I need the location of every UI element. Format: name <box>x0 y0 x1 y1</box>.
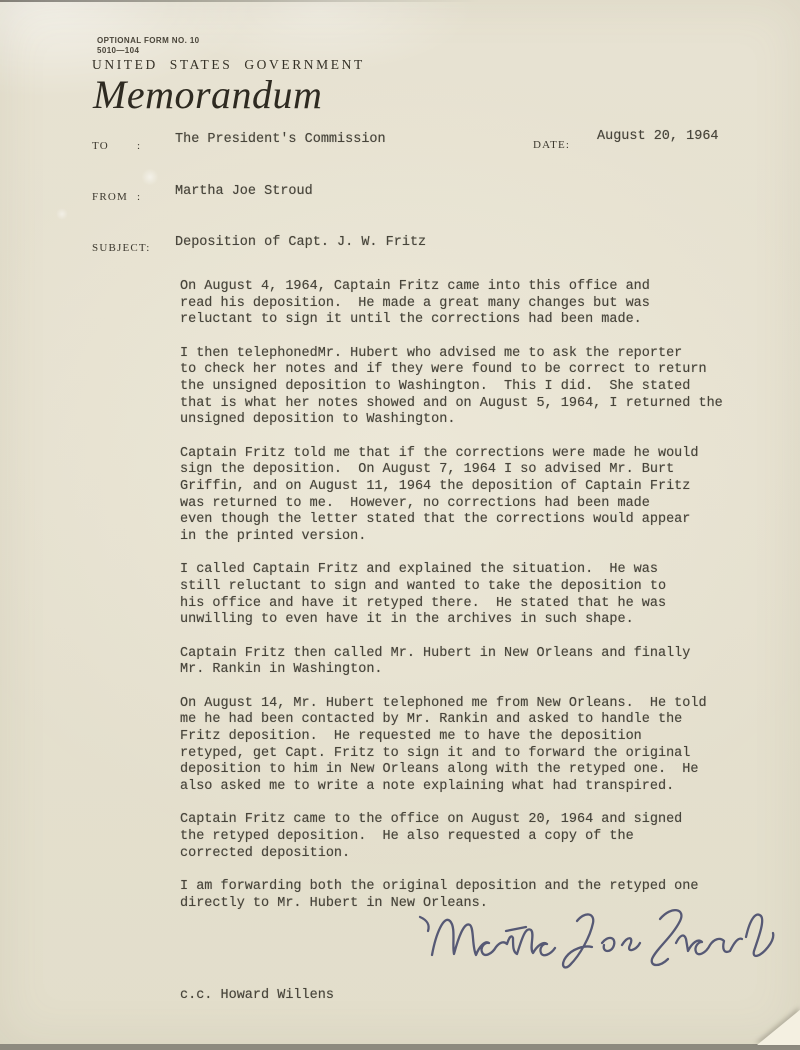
signature-stroke <box>602 938 614 951</box>
signature-stroke <box>676 936 742 955</box>
paragraph: On August 4, 1964, Captain Fritz came in… <box>180 279 765 329</box>
signature-stroke <box>506 927 526 931</box>
signature <box>414 893 780 983</box>
date-value: August 20, 1964 <box>597 129 719 144</box>
signature-stroke <box>432 920 555 955</box>
to-value: The President's Commission <box>175 132 386 147</box>
signature-stroke <box>622 938 640 950</box>
signature-stroke <box>563 914 593 967</box>
paragraph: Captain Fritz told me that if the correc… <box>180 446 765 546</box>
from-colon: : <box>137 191 141 203</box>
paragraph: Captain Fritz came to the office on Augu… <box>180 812 765 862</box>
signature-stroke <box>746 915 773 956</box>
paragraph: I then telephonedMr. Hubert who advised … <box>180 346 765 429</box>
signature-stroke <box>420 917 429 931</box>
subject-label: SUBJECT: <box>92 242 151 254</box>
dogear-fold <box>757 1009 800 1045</box>
cc-line: c.c. Howard Willens <box>180 988 334 1003</box>
subject-value: Deposition of Capt. J. W. Fritz <box>175 235 426 250</box>
memorandum-title: Memorandum <box>93 71 322 118</box>
from-label: FROM <box>92 191 128 203</box>
memo-body: On August 4, 1964, Captain Fritz came in… <box>180 279 765 929</box>
paper-top-edge-shadow <box>0 0 480 2</box>
paragraph: I called Captain Fritz and explained the… <box>180 562 765 628</box>
paragraph: On August 14, Mr. Hubert telephoned me f… <box>180 696 765 796</box>
paragraph: Captain Fritz then called Mr. Hubert in … <box>180 646 765 679</box>
form-number: OPTIONAL FORM NO. 10 <box>97 36 200 45</box>
signature-stroke <box>652 910 682 965</box>
memo-paper: OPTIONAL FORM NO. 10 5010—104 UNITED STA… <box>0 0 800 1044</box>
date-label: DATE: <box>533 139 570 151</box>
to-label: TO <box>92 140 109 152</box>
to-colon: : <box>137 140 141 152</box>
from-value: Martha Joe Stroud <box>175 184 313 199</box>
form-code: 5010—104 <box>97 46 139 55</box>
